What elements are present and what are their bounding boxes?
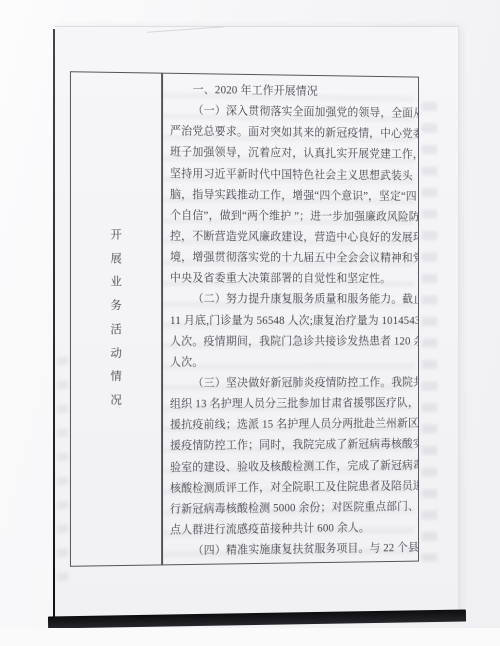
text-line: 组织 13 名护理人员分三批参加甘肃省援鄂医疗队，支 — [170, 394, 412, 416]
text-line: （三）坚决做好新冠肺炎疫情防控工作。我院共 — [170, 373, 412, 395]
text-line: 行新冠病毒核酸检测 5000 余份；对医院重点部门、重 — [170, 497, 412, 521]
text-line: 援抗疫前线；选派 15 名护理人员分两批赴兰州新区支 — [170, 414, 412, 436]
row-header-char: 情 — [71, 366, 161, 390]
text-line: 11 月底,门诊量为 56548 人次;康复治疗量为 1014543 — [170, 311, 412, 332]
text-line: 坚持用习近平新时代中国特色社会主义思想武装头 — [170, 164, 412, 187]
row-header-char: 况 — [71, 389, 161, 413]
row-header-vertical-label: 开展业务活动情况 — [71, 224, 161, 413]
text-line: 境，增强贯彻落实党的十九届五中全会会议精神和党 — [170, 248, 412, 270]
text-line: 控，不断营造党风廉政建设，营造中心良好的发展环 — [170, 227, 412, 249]
text-line: （二）努力提升康复服务质量和服务能力。截止 — [170, 290, 412, 311]
text-line: （四）精准实施康复扶贫服务项目。与 22 个县区 — [170, 538, 412, 562]
bleed-through-left-margin — [57, 357, 68, 597]
text-line: 中央及省委重大决策部署的自觉性和坚定性。 — [170, 269, 412, 290]
text-line: 核酸检测质评工作，对全院职工及住院患者及陪员进 — [170, 476, 412, 499]
text-line: 人次。疫情期间，我院门急诊共接诊发热患者 120 余 — [170, 331, 412, 352]
row-header-char: 务 — [71, 295, 161, 319]
text-line: 验室的建设、验收及核酸检测工作，完成了新冠病毒 — [170, 456, 412, 479]
document-page: 开展业务活动情况 一、2020 年工作开展情况（一）深入贯彻落实全面加强党的领导… — [55, 26, 459, 619]
row-header-char: 业 — [71, 271, 161, 295]
text-line: 严治党总要求。面对突如其来的新冠疫情，中心党委 — [170, 122, 412, 146]
row-header-char: 动 — [71, 342, 161, 366]
text-line: 援疫情防控工作；同时，我院完成了新冠病毒核酸实 — [170, 435, 412, 458]
text-line: （一）深入贯彻落实全面加强党的领导，全面从 — [170, 101, 412, 125]
text-line: 人次。 — [170, 352, 412, 373]
row-header-char: 展 — [71, 248, 161, 272]
bleed-through-right-margin — [422, 102, 437, 561]
row-header-char: 活 — [71, 319, 161, 343]
perspective-wrap: 开展业务活动情况 一、2020 年工作开展情况（一）深入贯彻落实全面加强党的领导… — [55, 27, 449, 619]
text-line: 脑，指导实践推动工作，增强“四个意识”，坚定“四 — [170, 185, 412, 208]
row-header-char: 开 — [71, 224, 161, 248]
text-line: 个自信”，做到“两个维护 ”；进一步加强廉政风险防 — [170, 206, 412, 228]
photo-background: 开展业务活动情况 一、2020 年工作开展情况（一）深入贯彻落实全面加强党的领导… — [0, 0, 500, 646]
content-cell: 一、2020 年工作开展情况（一）深入贯彻落实全面加强党的领导，全面从严治党总要… — [163, 74, 418, 565]
form-table: 开展业务活动情况 一、2020 年工作开展情况（一）深入贯彻落实全面加强党的领导… — [70, 71, 419, 567]
surface-below-paper — [0, 628, 500, 646]
text-line: 班子加强领导，沉着应对，认真扎实开展党建工作， — [170, 143, 412, 166]
